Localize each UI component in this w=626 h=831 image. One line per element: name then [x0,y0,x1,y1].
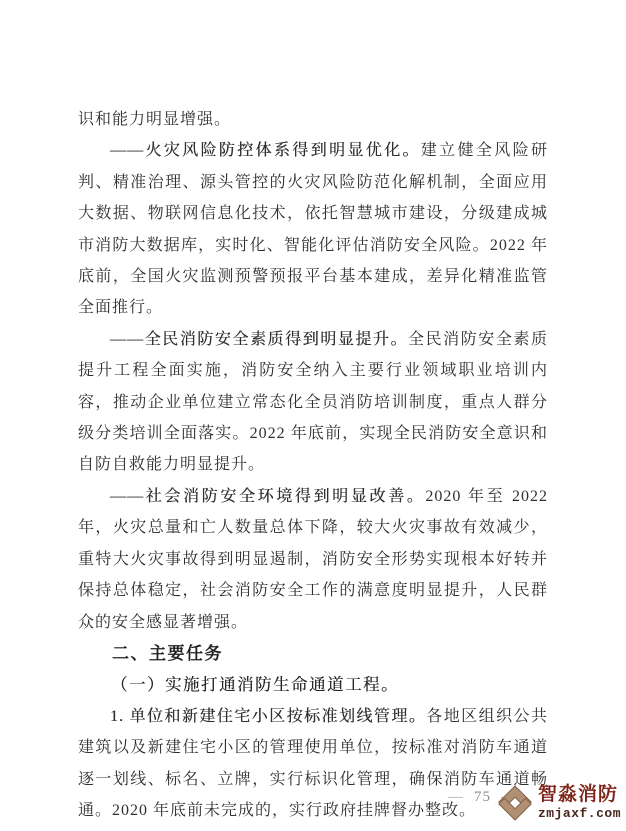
paragraph-body: 建立健全风险研判、精准治理、源头管控的火灾风险防范化解机制，全面应用大数据、物联… [78,142,548,316]
lead-sentence: 1. 单位和新建住宅小区按标准划线管理。 [110,708,426,725]
document-body: 识和能力明显增强。 ——火灾风险防控体系得到明显优化。建立健全风险研判、精准治理… [78,104,548,826]
dash-paragraph-public-quality: ——全民消防安全素质得到明显提升。全民消防安全素质提升工程全面实施，消防安全纳入… [78,324,548,481]
page-number-dash-left: — [448,789,464,806]
lead-sentence: ——全民消防安全素质得到明显提升。 [110,331,408,348]
brand-name: 智淼消防 [538,784,621,806]
numbered-paragraph: 1. 单位和新建住宅小区按标准划线管理。各地区组织公共建筑以及新建住宅小区的管理… [78,701,548,827]
opening-paragraph: 识和能力明显增强。 [78,104,548,135]
lead-sentence: ——火灾风险防控体系得到明显优化。 [110,142,421,159]
brand-text-block: 智淼消防 zmjaxf.com [538,784,621,821]
dash-paragraph-fire-risk: ——火灾风险防控体系得到明显优化。建立健全风险研判、精准治理、源头管控的火灾风险… [78,135,548,323]
document-page: 识和能力明显增强。 ——火灾风险防控体系得到明显优化。建立健全风险研判、精准治理… [0,0,626,831]
brand-url: zmjaxf.com [538,806,621,821]
lead-sentence: ——社会消防安全环境得到明显改善。 [110,488,425,505]
sub-heading: （一）实施打通消防生命通道工程。 [78,669,548,700]
brand-watermark: 智淼消防 zmjaxf.com [496,784,621,822]
page-number-value: 75 [474,789,491,806]
paragraph-body: 2020 年至 2022 年，火灾总量和亡人数量总体下降，较大火灾事故有效减少，… [78,488,548,631]
diamond-logo-icon [496,784,534,822]
section-heading: 二、主要任务 [78,638,548,669]
dash-paragraph-social-environment: ——社会消防安全环境得到明显改善。2020 年至 2022 年，火灾总量和亡人数… [78,481,548,638]
paragraph-body: 全民消防安全素质提升工程全面实施，消防安全纳入主要行业领域职业培训内容，推动企业… [78,331,548,474]
